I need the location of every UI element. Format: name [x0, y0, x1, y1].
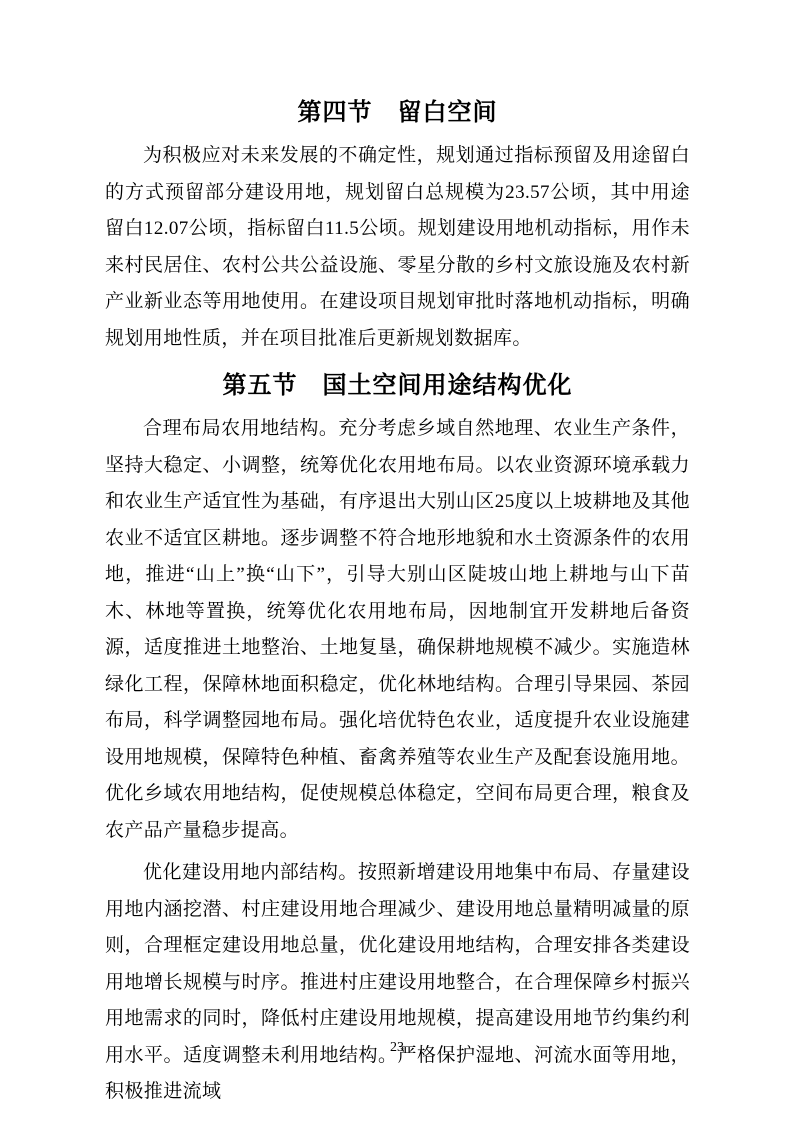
page-number: 23 [0, 1040, 794, 1056]
section-4-heading: 第四节 留白空间 [105, 96, 690, 130]
section-5-paragraph-1: 合理布局农用地结构。充分考虑乡域自然地理、农业生产条件，坚持大稳定、小调整，统筹… [105, 411, 690, 849]
section-4-paragraph: 为积极应对未来发展的不确定性，规划通过指标预留及用途留白的方式预留部分建设用地，… [105, 138, 690, 357]
section-5-heading: 第五节 国土空间用途结构优化 [105, 369, 690, 403]
document-page: 第四节 留白空间 为积极应对未来发展的不确定性，规划通过指标预留及用途留白的方式… [0, 0, 794, 1122]
section-5-paragraph-2: 优化建设用地内部结构。按照新增建设用地集中布局、存量建设用地内涵挖潜、村庄建设用… [105, 855, 690, 1111]
